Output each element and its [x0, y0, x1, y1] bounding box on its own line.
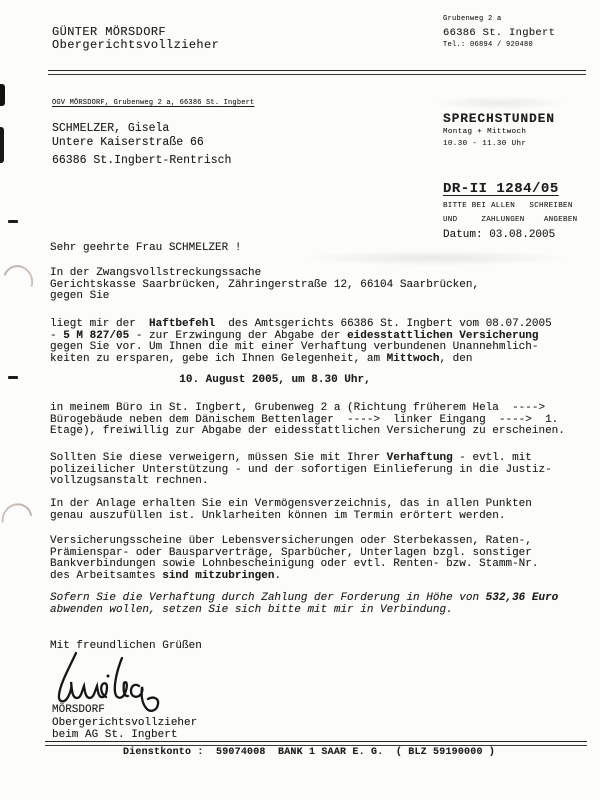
office-hours-days: Montag + Mittwoch	[443, 126, 555, 138]
letterhead-sender: GÜNTER MÖRSDORF Obergerichtsvollzieher	[52, 26, 219, 51]
signer-name: MÖRSDORF	[52, 704, 197, 717]
file-reference-note: BITTE BEI ALLEN SCHREIBEN	[443, 201, 577, 212]
footer-divider	[45, 741, 587, 746]
paragraph-arrest-warrant: liegt mir der Haftbefehl des Amtsgericht…	[50, 319, 580, 365]
paragraph-asset-list: In der Anlage erhalten Sie ein Vermögens…	[50, 499, 580, 522]
date-line: Datum: 03.08.2005	[443, 229, 555, 241]
paragraph-arrest-consequence: Sollten Sie diese verweigern, müssen Sie…	[50, 453, 580, 488]
punch-hole-shadow	[0, 260, 38, 302]
recipient-address: SCHMELZER, Gisela Untere Kaiserstraße 66…	[52, 122, 231, 168]
punch-hole-shadow	[0, 497, 38, 540]
signer-title: Obergerichtsvollzieher	[52, 717, 197, 730]
scan-smudge	[430, 96, 570, 110]
office-hours-title: SPRECHSTUNDEN	[443, 111, 555, 126]
paragraph-appointment-date: 10. August 2005, um 8.30 Uhr,	[50, 375, 500, 387]
letter-page: GÜNTER MÖRSDORF Obergerichtsvollzieher G…	[0, 0, 600, 800]
file-reference-number: DR-II 1284/05	[443, 181, 577, 198]
office-hours: SPRECHSTUNDEN Montag + Mittwoch 10.30 - …	[443, 111, 555, 150]
sender-title: Obergerichtsvollzieher	[52, 39, 219, 52]
letterhead-address: Grubenweg 2 a 66386 St. Ingbert Tel.: 06…	[443, 15, 555, 50]
signer-office: beim AG St. Ingbert	[52, 729, 197, 742]
sender-phone: Tel.: 06894 / 920480	[443, 41, 555, 50]
recipient-street: Untere Kaiserstraße 66	[52, 136, 231, 150]
scan-edge-mark	[0, 127, 4, 163]
recipient-city: 66386 St.Ingbert-Rentrisch	[52, 154, 231, 168]
letterhead-divider	[48, 70, 586, 75]
file-reference-note: UND ZAHLUNGEN ANGEBEN	[443, 215, 577, 226]
recipient-name: SCHMELZER, Gisela	[52, 122, 231, 136]
paragraph-case-intro: In der ZwangsvollstreckungssacheGerichts…	[50, 268, 580, 303]
file-reference: DR-II 1284/05 BITTE BEI ALLEN SCHREIBEN …	[443, 181, 577, 226]
scan-edge-mark	[0, 84, 5, 106]
paragraph-office-location: in meinem Büro in St. Ingbert, Grubenweg…	[50, 403, 580, 438]
bank-account-line: Dienstkonto : 59074008 BANK 1 SAAR E. G.…	[123, 747, 495, 758]
salutation: Sehr geehrte Frau SCHMELZER !	[50, 243, 580, 255]
sender-name: GÜNTER MÖRSDORF	[52, 26, 219, 39]
signature-block: MÖRSDORF Obergerichtsvollzieher beim AG …	[52, 704, 197, 742]
sender-city: 66386 St. Ingbert	[443, 26, 555, 40]
return-address-line: OGV MÖRSDORF, Grubenweg 2 a, 66386 St. I…	[52, 99, 254, 107]
margin-fold-mark	[8, 376, 18, 379]
handwritten-signature	[44, 650, 174, 712]
paragraph-documents-to-bring: Versicherungsscheine über Lebensversiche…	[50, 536, 580, 582]
office-hours-time: 10.30 - 11.30 Uhr	[443, 138, 555, 150]
margin-fold-mark	[8, 220, 18, 223]
paragraph-payment-option: Sofern Sie die Verhaftung durch Zahlung …	[50, 593, 580, 616]
sender-street: Grubenweg 2 a	[443, 15, 555, 24]
